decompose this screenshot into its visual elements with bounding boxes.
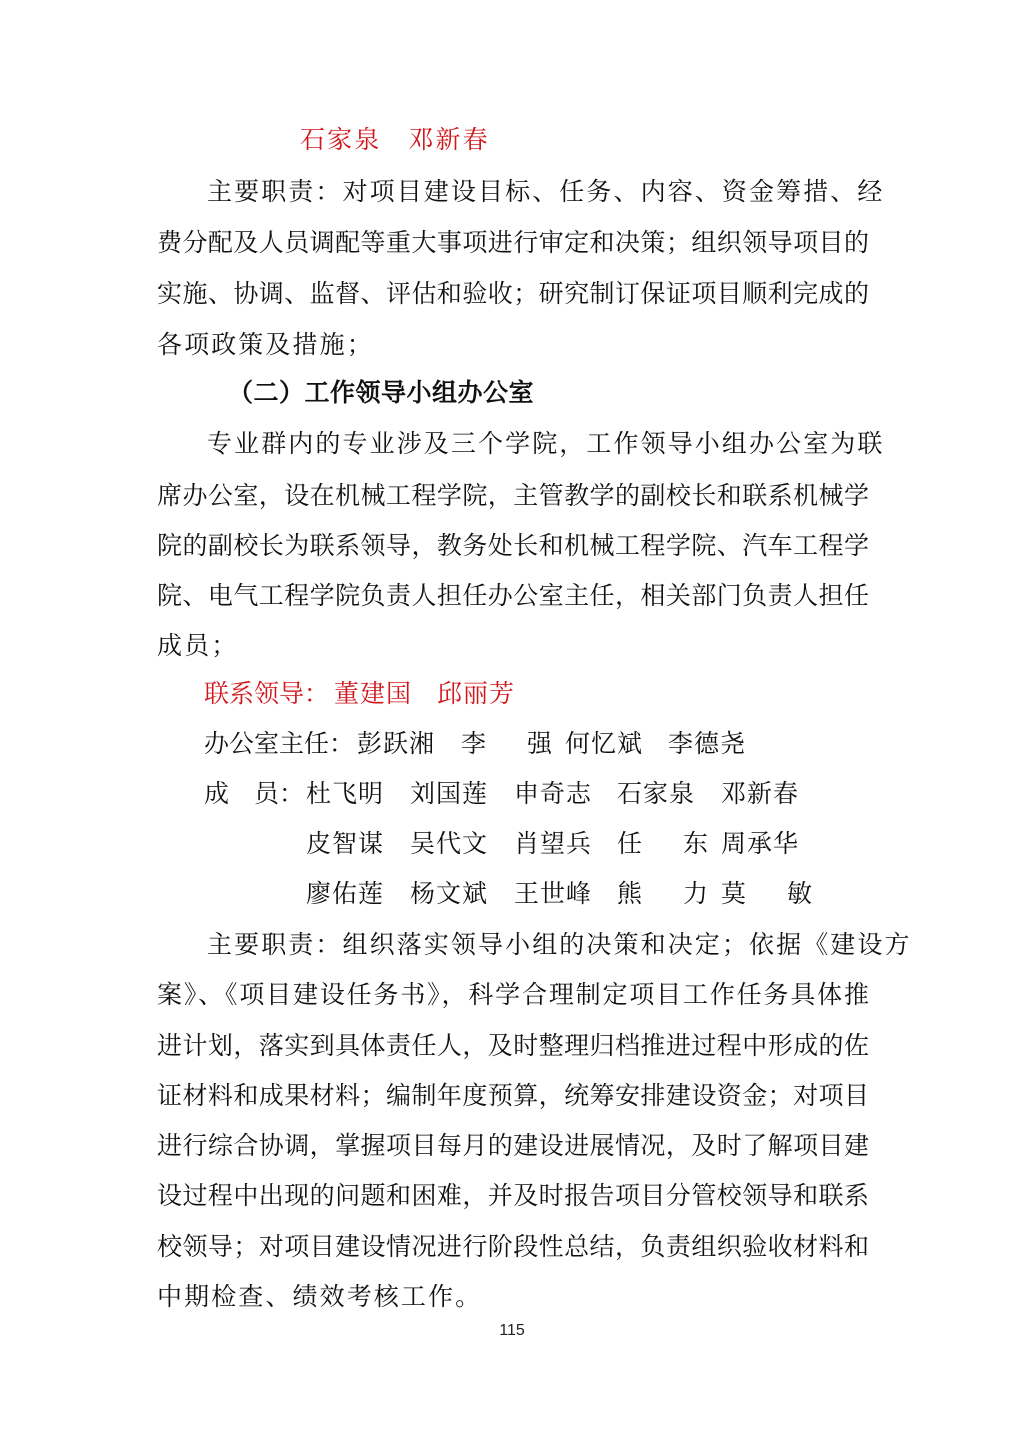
paragraph-line: 费分配及人员调配等重大事项进行审定和决策；组织领导项目的 xyxy=(157,228,869,258)
member-name: 皮智谋 xyxy=(306,829,384,859)
members-label: 成 员： xyxy=(204,779,304,809)
paragraph-line: 主要职责：对项目建设目标、任务、内容、资金筹措、经 xyxy=(207,177,869,207)
paragraph-line: 进计划，落实到具体责任人，及时整理归档推进过程中形成的佐 xyxy=(157,1031,869,1061)
paragraph-line: 院、电气工程学院负责人担任办公室主任，相关部门负责人担任 xyxy=(157,581,869,611)
paragraph-line: 设过程中出现的问题和困难，并及时报告项目分管校领导和联系 xyxy=(157,1181,869,1211)
section-heading: （二）工作领导小组办公室 xyxy=(228,378,940,408)
director-name: 何忆斌 xyxy=(565,729,643,759)
member-name: 任 东 xyxy=(617,829,716,859)
paragraph-line: 进行综合协调，掌握项目每月的建设进展情况，及时了解项目建 xyxy=(157,1131,869,1161)
liaison-name: 邱丽芳 xyxy=(437,679,515,709)
document-page: 石家泉 邓新春 主要职责：对项目建设目标、任务、内容、资金筹措、经 费分配及人员… xyxy=(0,0,1024,1448)
paragraph-line: 各项政策及措施； xyxy=(157,330,869,360)
member-name: 吴代文 xyxy=(410,829,488,859)
member-name: 石家泉 xyxy=(617,779,695,809)
member-name: 廖佑莲 xyxy=(306,879,384,909)
member-name: 申奇志 xyxy=(514,779,592,809)
member-name: 莫 敏 xyxy=(721,879,820,909)
liaison-label: 联系领导： xyxy=(204,679,329,709)
paragraph-line: 席办公室，设在机械工程学院，主管教学的副校长和联系机械学 xyxy=(157,481,869,511)
paragraph-line: 校领导；对项目建设情况进行阶段性总结，负责组织验收材料和 xyxy=(157,1232,869,1262)
member-name: 刘国莲 xyxy=(410,779,488,809)
paragraph-line: 成员； xyxy=(157,631,869,661)
member-name: 熊 力 xyxy=(617,879,716,909)
director-name: 彭跃湘 xyxy=(357,729,435,759)
page-number: 115 xyxy=(0,1322,1024,1340)
top-names: 石家泉 邓新春 xyxy=(300,125,1012,155)
paragraph-line: 专业群内的专业涉及三个学院，工作领导小组办公室为联 xyxy=(207,429,869,459)
member-name: 杨文斌 xyxy=(410,879,488,909)
office-director-label: 办公室主任： xyxy=(204,729,354,759)
member-name: 周承华 xyxy=(721,829,799,859)
member-name: 杜飞明 xyxy=(306,779,384,809)
paragraph-line: 中期检查、绩效考核工作。 xyxy=(157,1282,869,1312)
paragraph-line: 实施、协调、监督、评估和验收；研究制订保证项目顺利完成的 xyxy=(157,279,869,309)
member-name: 邓新春 xyxy=(721,779,799,809)
member-name: 王世峰 xyxy=(514,879,592,909)
director-name: 李 强 xyxy=(461,729,560,759)
paragraph-line: 院的副校长为联系领导，教务处长和机械工程学院、汽车工程学 xyxy=(157,531,869,561)
liaison-name: 董建国 xyxy=(334,679,412,709)
member-name: 肖望兵 xyxy=(514,829,592,859)
paragraph-line: 案》、《项目建设任务书》，科学合理制定项目工作任务具体推 xyxy=(157,980,869,1010)
paragraph-line: 证材料和成果材料；编制年度预算，统筹安排建设资金；对项目 xyxy=(157,1081,869,1111)
director-name: 李德尧 xyxy=(668,729,746,759)
paragraph-line: 主要职责：组织落实领导小组的决策和决定；依据《建设方 xyxy=(207,930,869,960)
